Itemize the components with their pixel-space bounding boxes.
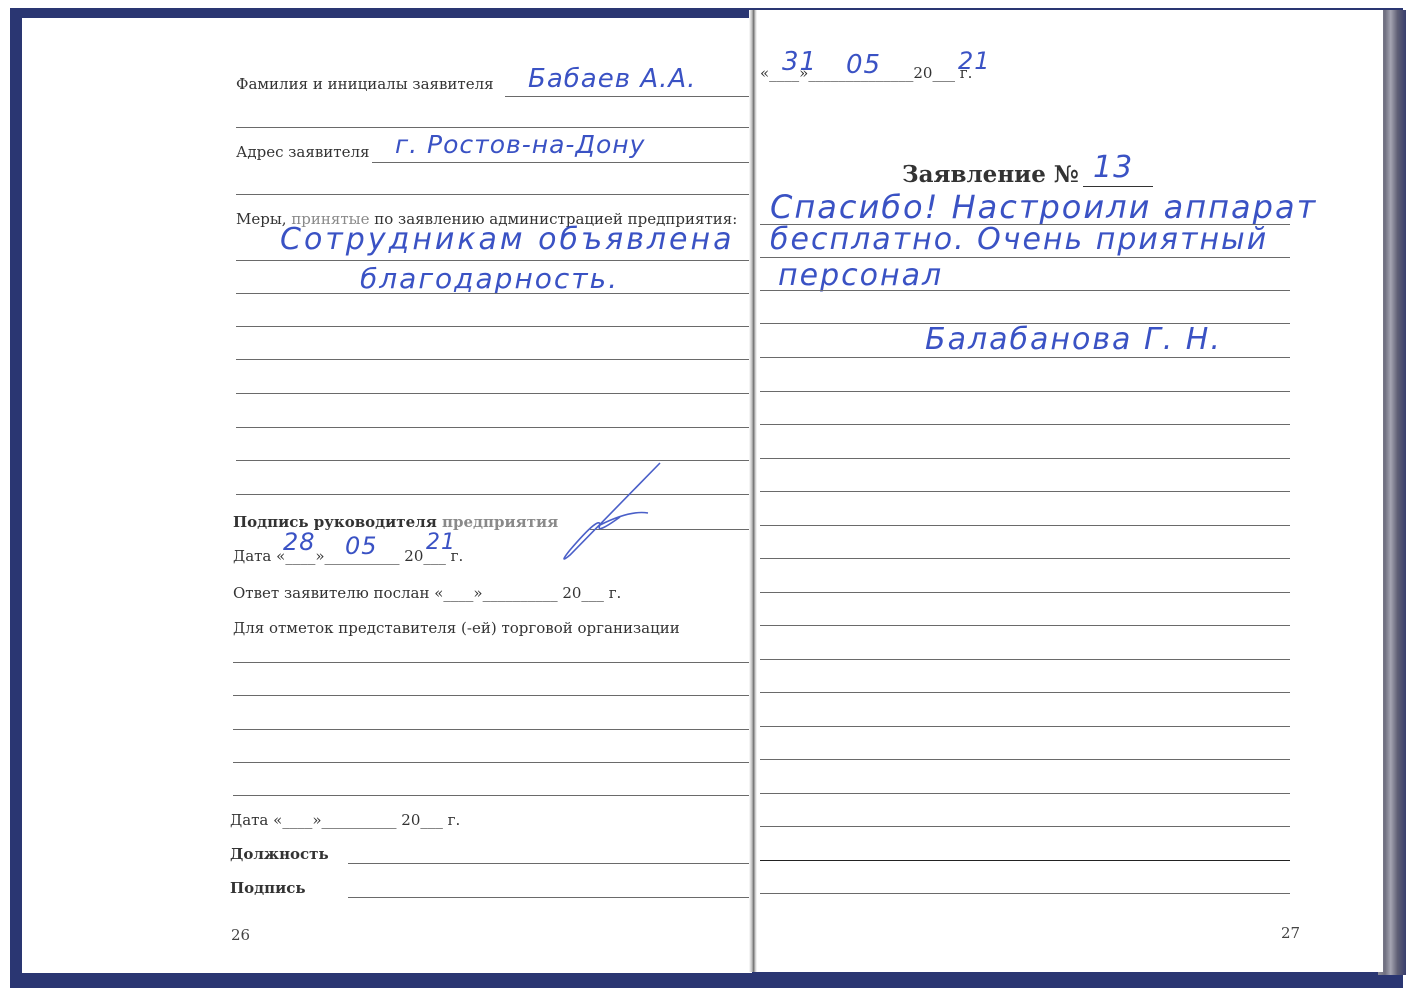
ruled-line xyxy=(233,729,750,730)
ruled-line xyxy=(760,424,1290,425)
ruled-line xyxy=(760,659,1290,660)
ruled-line xyxy=(760,357,1290,358)
measures-value-line-1: Сотрудникам объявлена xyxy=(280,222,735,257)
ruled-line xyxy=(233,662,750,663)
signature-line xyxy=(348,897,750,898)
manager-signature xyxy=(530,455,680,565)
ruled-line xyxy=(760,592,1290,593)
position-label: Должность xyxy=(230,845,329,863)
applicant-name-line xyxy=(505,96,750,97)
manager-date-day: 28 xyxy=(283,528,316,556)
ruled-line xyxy=(236,359,750,360)
manager-date-month: 05 xyxy=(345,532,378,560)
applicant-address-line xyxy=(372,162,750,163)
ruled-line xyxy=(760,625,1290,626)
ruled-line xyxy=(760,793,1290,794)
ruled-line xyxy=(236,393,750,394)
signature-label: Подпись xyxy=(230,879,306,897)
applicant-name-label: Фамилия и инициалы заявителя xyxy=(236,75,494,93)
statement-text-line-2: бесплатно. Очень приятный xyxy=(770,222,1268,257)
ruled-line xyxy=(760,391,1290,392)
trade-rep-label: Для отметок представителя (-ей) торговой… xyxy=(233,619,680,637)
position-line xyxy=(348,863,750,864)
statement-date-year: 21 xyxy=(958,47,991,75)
ruled-line xyxy=(760,726,1290,727)
statement-title: Заявление № xyxy=(902,161,1079,188)
ruled-line xyxy=(760,759,1290,760)
applicant-address-label: Адрес заявителя xyxy=(236,143,369,161)
measures-value-line-2: благодарность. xyxy=(360,262,619,295)
ruled-line xyxy=(233,762,750,763)
ruled-line xyxy=(236,260,750,261)
statement-text-line-3: персонал xyxy=(778,258,943,293)
reply-sent-label: Ответ заявителю послан «____»__________ … xyxy=(233,584,621,602)
ruled-line xyxy=(236,293,750,294)
rep-date-label: Дата «____»__________ 20___ г. xyxy=(230,811,460,829)
statement-signature: Балабанова Г. Н. xyxy=(925,322,1222,357)
manager-signature-label: Подпись руководителя предприятия xyxy=(233,513,558,531)
ruled-line xyxy=(760,558,1290,559)
page-number-right: 27 xyxy=(1281,924,1300,942)
ruled-line xyxy=(760,692,1290,693)
ruled-line xyxy=(233,695,750,696)
ruled-line xyxy=(760,491,1290,492)
ruled-line xyxy=(760,525,1290,526)
book-spine xyxy=(749,10,757,972)
manager-date-year: 21 xyxy=(426,530,456,555)
ruled-line xyxy=(760,860,1290,861)
applicant-name-value: Бабаев А.А. xyxy=(528,64,696,94)
ruled-line xyxy=(236,427,750,428)
ruled-line xyxy=(760,290,1290,291)
statement-text-line-1: Спасибо! Настроили аппарат xyxy=(770,188,1317,226)
ruled-line xyxy=(760,458,1290,459)
statement-number-line xyxy=(1083,186,1153,187)
ruled-line xyxy=(760,826,1290,827)
ruled-line xyxy=(236,127,750,128)
applicant-address-value: г. Ростов-на-Дону xyxy=(395,130,645,159)
statement-date-month: 05 xyxy=(846,50,881,80)
ruled-line xyxy=(760,893,1290,894)
ruled-line xyxy=(233,795,750,796)
page-number-left: 26 xyxy=(231,926,250,944)
statement-number: 13 xyxy=(1093,150,1133,185)
statement-date-day: 31 xyxy=(782,47,817,77)
ruled-line xyxy=(236,194,750,195)
ruled-line xyxy=(236,326,750,327)
